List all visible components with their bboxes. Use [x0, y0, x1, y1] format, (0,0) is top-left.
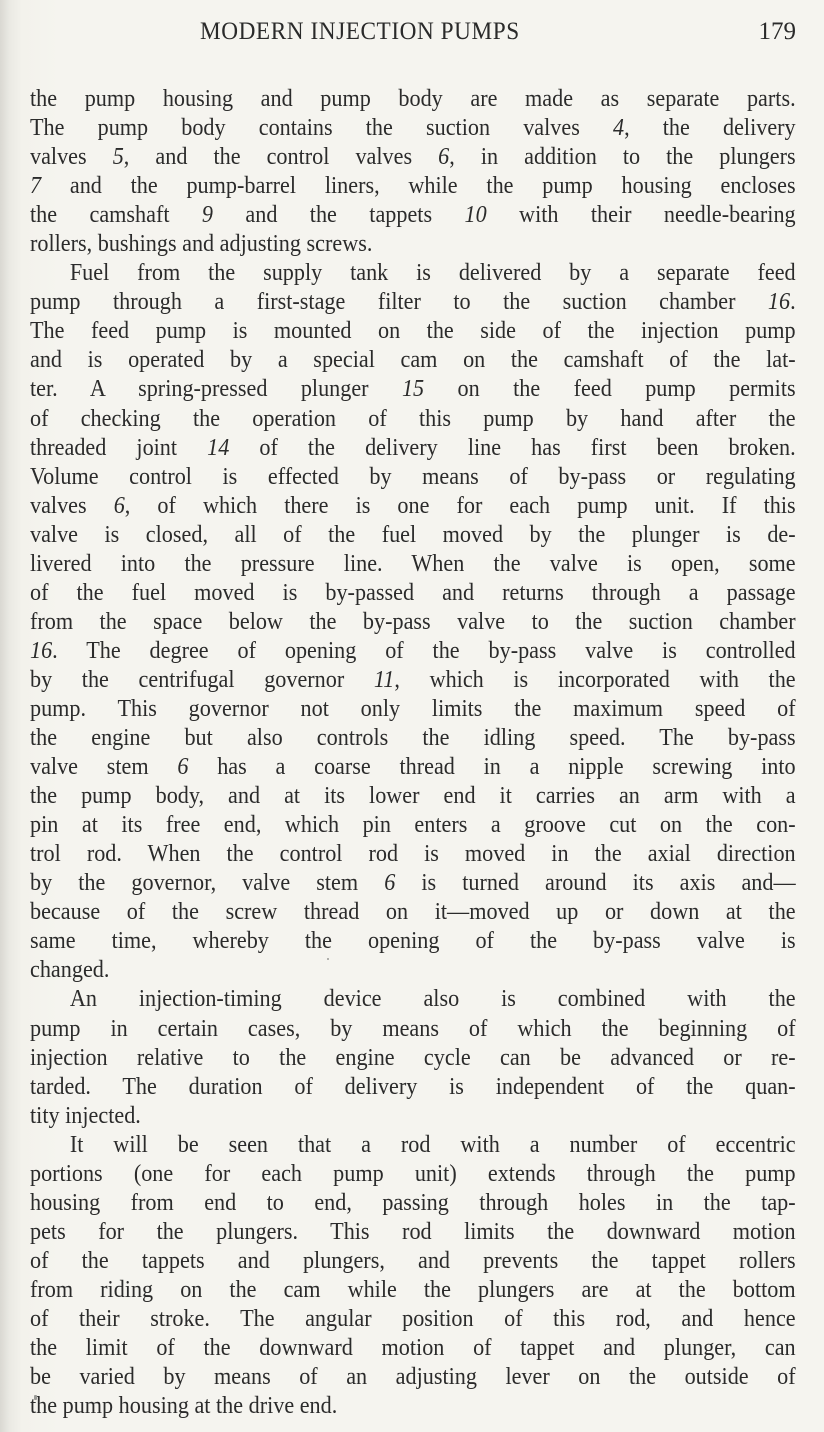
text-line: pump in certain cases, by means of which…: [30, 1014, 796, 1043]
text-line: the pump body, and at its lower end it c…: [30, 781, 796, 810]
text-line: of checking the operation of this pump b…: [30, 404, 796, 433]
text-line: 16. The degree of opening of the by-pass…: [30, 636, 796, 665]
text-line: the camshaft 9 and the tappets 10 with t…: [30, 200, 796, 229]
text-line: from the space below the by-pass valve t…: [30, 607, 796, 636]
text-line: and is operated by a special cam on the …: [30, 345, 796, 374]
text-line: valves 5, and the control valves 6, in a…: [30, 142, 796, 171]
text-line: by the centrifugal governor 11, which is…: [30, 665, 796, 694]
text-line: the pump housing and pump body are made …: [30, 84, 796, 113]
text-line: valve is closed, all of the fuel moved b…: [30, 520, 796, 549]
paragraph: It will be seen that a rod with a number…: [30, 1130, 796, 1420]
text-line: of the tappets and plungers, and prevent…: [30, 1246, 796, 1275]
text-line: same time, whereby the opening of the by…: [30, 926, 796, 955]
book-page: MODERN INJECTION PUMPS 179 the pump hous…: [0, 0, 824, 1432]
text-line: of the fuel moved is by-passed and retur…: [30, 578, 796, 607]
paragraph: Fuel from the supply tank is delivered b…: [30, 258, 796, 984]
page-header: MODERN INJECTION PUMPS 179: [30, 18, 796, 58]
text-line: the limit of the downward motion of tapp…: [30, 1333, 796, 1362]
text-line: housing from end to end, passing through…: [30, 1188, 796, 1217]
text-line: The feed pump is mounted on the side of …: [30, 316, 796, 345]
text-line: tity injected.: [30, 1101, 796, 1130]
paragraph: the pump housing and pump body are made …: [30, 84, 796, 258]
text-line: be varied by means of an adjusting lever…: [30, 1362, 796, 1391]
text-line: It will be seen that a rod with a number…: [30, 1130, 796, 1159]
text-line: of their stroke. The angular position of…: [30, 1304, 796, 1333]
text-line: valves 6, of which there is one for each…: [30, 491, 796, 520]
text-line: pump through a first-stage filter to the…: [30, 287, 796, 316]
text-line: from riding on the cam while the plunger…: [30, 1275, 796, 1304]
text-line: Volume control is effected by means of b…: [30, 462, 796, 491]
text-line: pin at its free end, which pin enters a …: [30, 810, 796, 839]
text-line: threaded joint 14 of the delivery line h…: [30, 433, 796, 462]
text-line: trol rod. When the control rod is moved …: [30, 839, 796, 868]
text-line: pets for the plungers. This rod limits t…: [30, 1217, 796, 1246]
text-line: changed.: [30, 955, 796, 984]
text-line: pump. This governor not only limits the …: [30, 694, 796, 723]
text-line: injection relative to the engine cycle c…: [30, 1043, 796, 1072]
text-line: ter. A spring-pressed plunger 15 on the …: [30, 374, 796, 403]
text-line: valve stem 6 has a coarse thread in a ni…: [30, 752, 796, 781]
paragraph: An injection-timing device also is combi…: [30, 984, 796, 1129]
text-line: rollers, bushings and adjusting screws.: [30, 229, 796, 258]
text-line: the engine but also controls the idling …: [30, 723, 796, 752]
text-line: Fuel from the supply tank is delivered b…: [30, 258, 796, 287]
text-line: by the governor, valve stem 6 is turned …: [30, 868, 796, 897]
page-number: 179: [759, 18, 797, 46]
text-line: tarded. The duration of delivery is inde…: [30, 1072, 796, 1101]
body-text: the pump housing and pump body are made …: [30, 84, 796, 1420]
print-speck: [327, 958, 329, 960]
text-line: The pump body contains the suction valve…: [30, 113, 796, 142]
text-line: livered into the pressure line. When the…: [30, 549, 796, 578]
text-line: portions (one for each pump unit) extend…: [30, 1159, 796, 1188]
text-line: because of the screw thread on it—moved …: [30, 897, 796, 926]
text-line: the pump housing at the drive end.: [30, 1391, 796, 1420]
print-speck: [34, 1395, 37, 1400]
text-line: An injection-timing device also is combi…: [30, 984, 796, 1013]
running-title: MODERN INJECTION PUMPS: [200, 18, 520, 46]
text-line: 7 and the pump-barrel liners, while the …: [30, 171, 796, 200]
